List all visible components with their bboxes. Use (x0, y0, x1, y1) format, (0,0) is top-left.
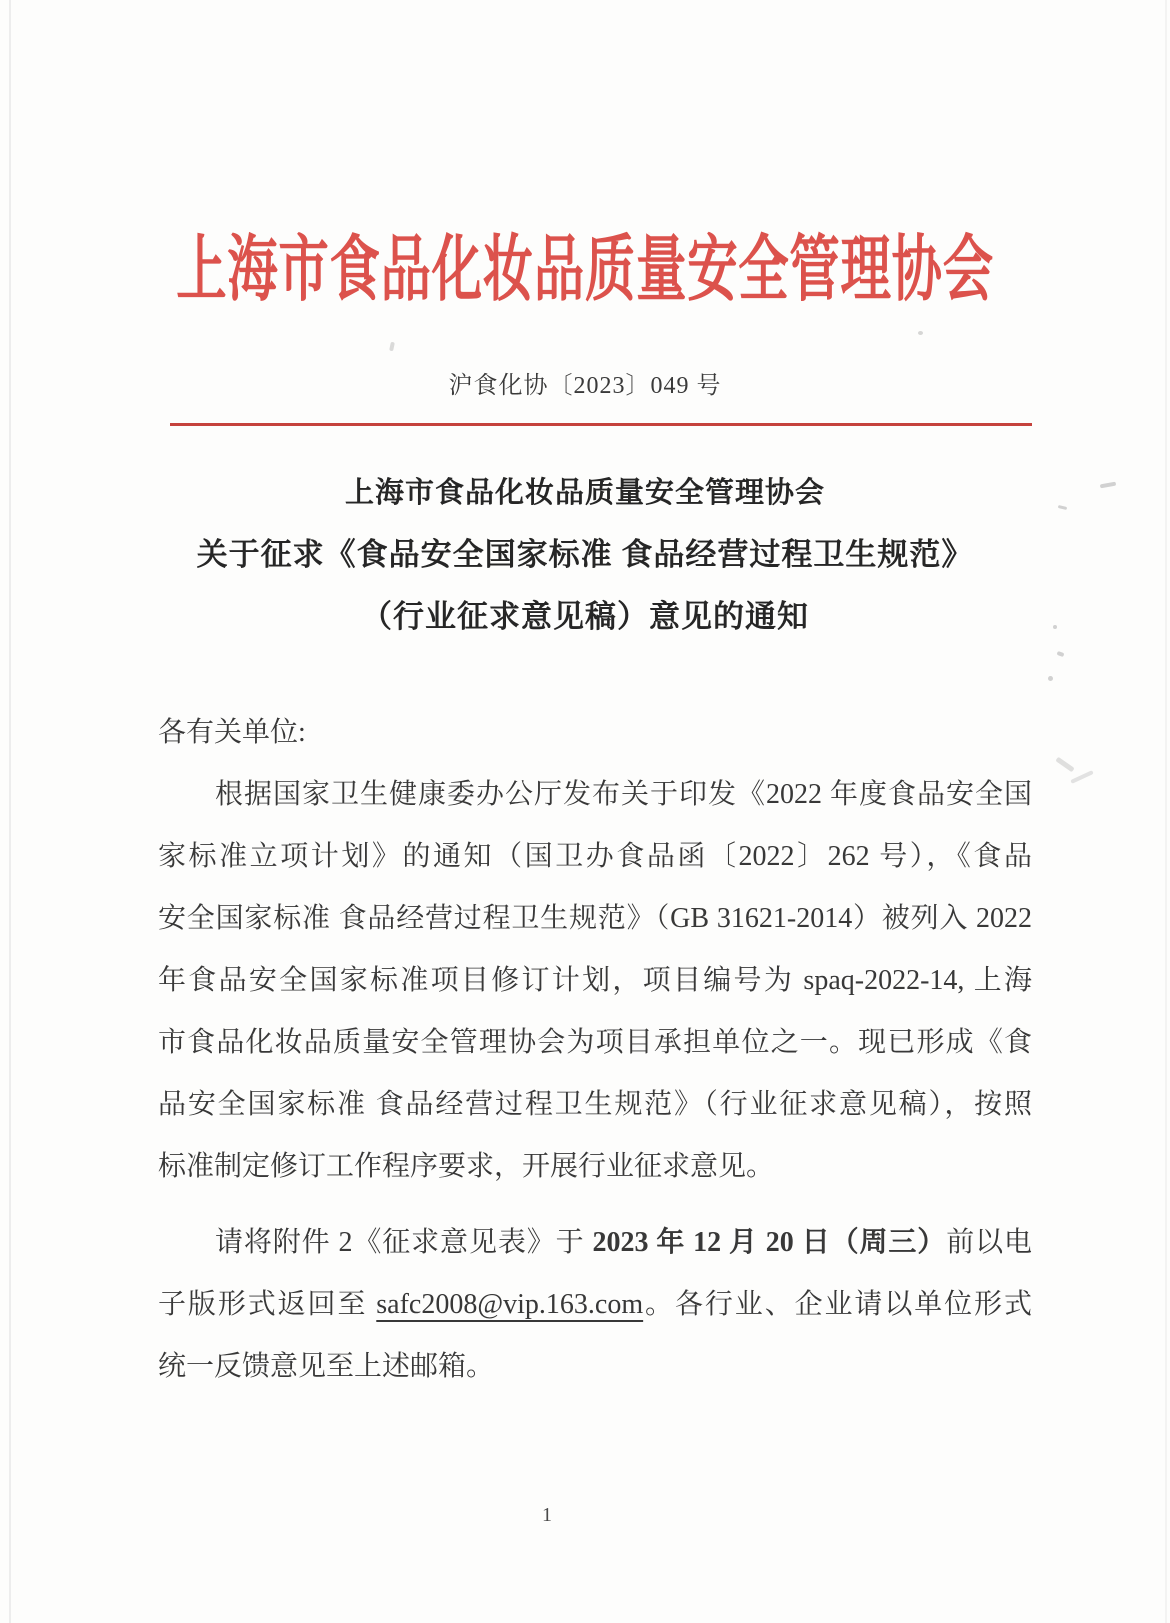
text-segment: 市食品化妆品质量安全管理协会为项目承担单位之一。现已形成《食 (158, 1027, 1032, 1058)
text-segment: 请将附件 2《征求意见表》于 (215, 1227, 592, 1258)
notice-title-line-3: （行业征求意见稿）意见的通知 (0, 586, 1170, 648)
body-line: 标准制定修订工作程序要求，开展行业征求意见。 (158, 1136, 1032, 1198)
scan-artifact (918, 331, 923, 335)
text-segment: 年食品安全国家标准项目修订计划，项目编号为 spaq-2022-14, 上海 (158, 965, 1032, 996)
body-line: 子版形式返回至 safc2008@vip.163.com。各行业、企业请以单位形… (158, 1274, 1032, 1336)
scan-artifact (1057, 651, 1065, 657)
body-line: 根据国家卫生健康委办公厅发布关于印发《2022 年度食品安全国 (158, 764, 1032, 826)
scan-artifact (1048, 676, 1053, 681)
scan-artifact (1053, 625, 1057, 629)
body-line: 请将附件 2《征求意见表》于 2023 年 12 月 20 日（周三）前以电 (158, 1212, 1032, 1274)
red-divider-rule (170, 423, 1032, 426)
scan-edge-left (9, 0, 11, 1623)
scanned-document-page: 上海市食品化妆品质量安全管理协会 沪食化协〔2023〕049 号 上海市食品化妆… (0, 0, 1170, 1623)
document-body: 各有关单位: 根据国家卫生健康委办公厅发布关于印发《2022 年度食品安全国家标… (158, 702, 1032, 1398)
text-segment: 根据国家卫生健康委办公厅发布关于印发《2022 年度食品安全国 (215, 779, 1032, 810)
scan-edge-right (1165, 0, 1167, 1623)
text-segment: 。各行业、企业请以单位形式 (643, 1289, 1032, 1320)
text-segment: 2023 年 12 月 20 日（周三） (592, 1227, 946, 1258)
body-line: 年食品安全国家标准项目修订计划，项目编号为 spaq-2022-14, 上海 (158, 950, 1032, 1012)
text-segment: 统一反馈意见至上述邮箱。 (158, 1351, 494, 1382)
body-line: 统一反馈意见至上述邮箱。 (158, 1336, 1032, 1398)
salutation: 各有关单位: (158, 702, 1032, 764)
notice-title: 上海市食品化妆品质量安全管理协会 关于征求《食品安全国家标准 食品经营过程卫生规… (0, 462, 1170, 648)
text-segment: 子版形式返回至 (158, 1289, 376, 1320)
document-number: 沪食化协〔2023〕049 号 (0, 368, 1170, 404)
email-address: safc2008@vip.163.com (376, 1289, 643, 1320)
text-segment: 前以电 (946, 1227, 1032, 1258)
text-segment: 安全国家标准 食品经营过程卫生规范》（GB 31621-2014）被列入 202… (158, 903, 1032, 934)
text-segment: 标准制定修订工作程序要求，开展行业征求意见。 (158, 1151, 774, 1182)
body-line: 品安全国家标准 食品经营过程卫生规范》（行业征求意见稿），按照 (158, 1074, 1032, 1136)
body-line: 市食品化妆品质量安全管理协会为项目承担单位之一。现已形成《食 (158, 1012, 1032, 1074)
scan-artifact (1055, 757, 1074, 773)
body-line: 家标准立项计划》的通知（国卫办食品函〔2022〕262 号），《食品 (158, 826, 1032, 888)
scan-artifact (1070, 770, 1093, 784)
text-segment: 家标准立项计划》的通知（国卫办食品函〔2022〕262 号），《食品 (158, 841, 1032, 872)
notice-title-line-2: 关于征求《食品安全国家标准 食品经营过程卫生规范》 (0, 524, 1170, 586)
text-segment: 品安全国家标准 食品经营过程卫生规范》（行业征求意见稿），按照 (158, 1089, 1032, 1120)
letterhead-title: 上海市食品化妆品质量安全管理协会 (176, 225, 995, 315)
body-line: 安全国家标准 食品经营过程卫生规范》（GB 31621-2014）被列入 202… (158, 888, 1032, 950)
page-number: 1 (527, 1502, 567, 1528)
notice-title-line-1: 上海市食品化妆品质量安全管理协会 (0, 462, 1170, 524)
scan-artifact (389, 342, 395, 352)
